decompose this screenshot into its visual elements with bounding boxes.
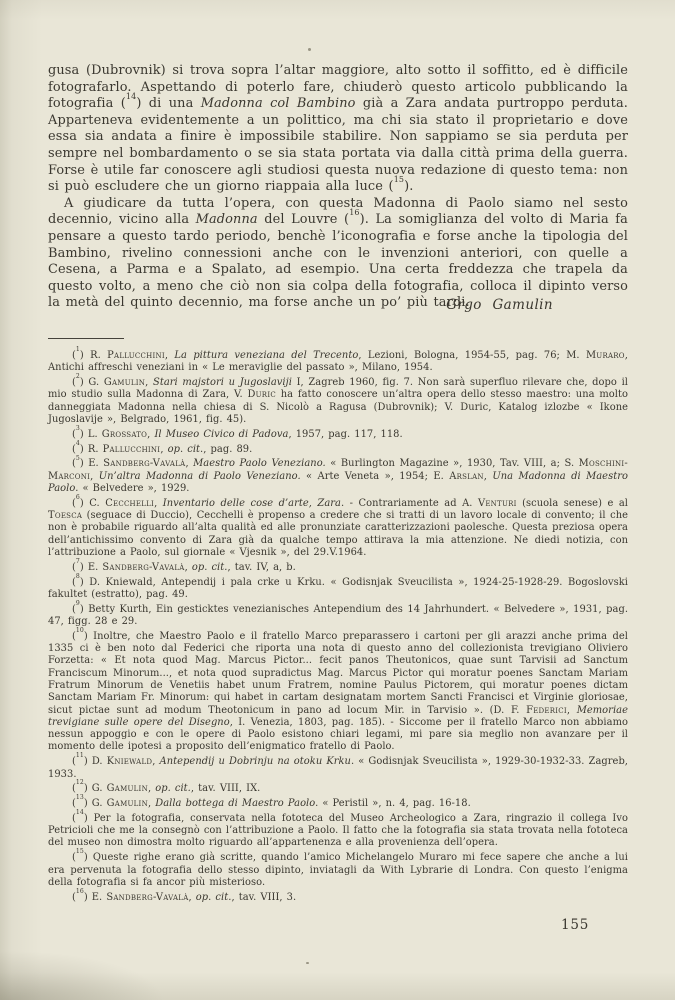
footnote-number: 14 [76,809,84,816]
footnote-ref: 14 [126,92,136,101]
footnote-number: 12 [76,779,84,786]
footnote-number: 9 [76,600,80,607]
footnote-number: 8 [76,573,80,580]
footnote: (11) D. Kniewald, Antependij u Dobrinju … [48,756,628,781]
footnote: (10) Inoltre, che Maestro Paolo e il fra… [48,631,628,754]
footnote-number: 7 [76,558,80,565]
footnote: (4) R. Pallucchini, op. cit., pag. 89. [48,444,628,456]
footnote: (2) G. Gamulin, Stari majstori u Jugosla… [48,377,628,426]
page-number: 155 [561,917,589,933]
footnote-number: 15 [76,848,84,855]
footnote: (13) G. Gamulin, Dalla bottega di Maestr… [48,798,628,810]
footnote: (6) C. Cecchelli, Inventario delle cose … [48,498,628,559]
footnote: (14) Per la fotografia, conservata nella… [48,813,628,850]
article-body: gusa (Dubrovnik) si trova sopra l’altar … [48,63,628,312]
body-paragraph: gusa (Dubrovnik) si trova sopra l’altar … [48,63,628,196]
scanned-book-page: gusa (Dubrovnik) si trova sopra l’altar … [0,0,675,1000]
footnote-number: 13 [76,794,84,801]
footnote-number: 4 [76,440,80,447]
footnote-separator-rule [48,338,124,339]
footnotes-section: (1) R. Pallucchini, La pittura veneziana… [48,350,628,906]
footnote: (9) Betty Kurth, Ein gesticktes venezian… [48,604,628,629]
footnote-ref: 15 [394,175,404,184]
footnote: (16) E. Sandberg-Vavalà, op. cit., tav. … [48,892,628,904]
paper-speck [308,48,311,51]
footnote: (1) R. Pallucchini, La pittura veneziana… [48,350,628,375]
footnote-number: 6 [76,494,80,501]
paper-speck [306,962,309,964]
footnote-number: 10 [76,627,84,634]
author-signature: Grgo Gamulin [48,297,553,313]
footnote: (15) Queste righe erano già scritte, qua… [48,852,628,889]
footnote-ref: 16 [349,208,359,217]
footnote: (12) G. Gamulin, op. cit., tav. VIII, IX… [48,783,628,795]
footnote-number: 2 [76,373,80,380]
footnote-number: 5 [76,455,80,462]
footnote: (7) E. Sandberg-Vavalà, op. cit., tav. I… [48,562,628,574]
footnote-number: 11 [76,752,84,759]
footnote-number: 16 [76,888,84,895]
body-paragraph: A giudicare da tutta l’opera, con questa… [48,196,628,312]
footnote: (5) E. Sandberg-Vavalà, Maestro Paolo Ve… [48,458,628,495]
footnote-number: 3 [76,425,80,432]
footnote: (8) D. Kniewald, Antependij i pala crke … [48,577,628,602]
footnote: (3) L. Grossato, Il Museo Civico di Pado… [48,429,628,441]
footnote-number: 1 [76,346,80,353]
